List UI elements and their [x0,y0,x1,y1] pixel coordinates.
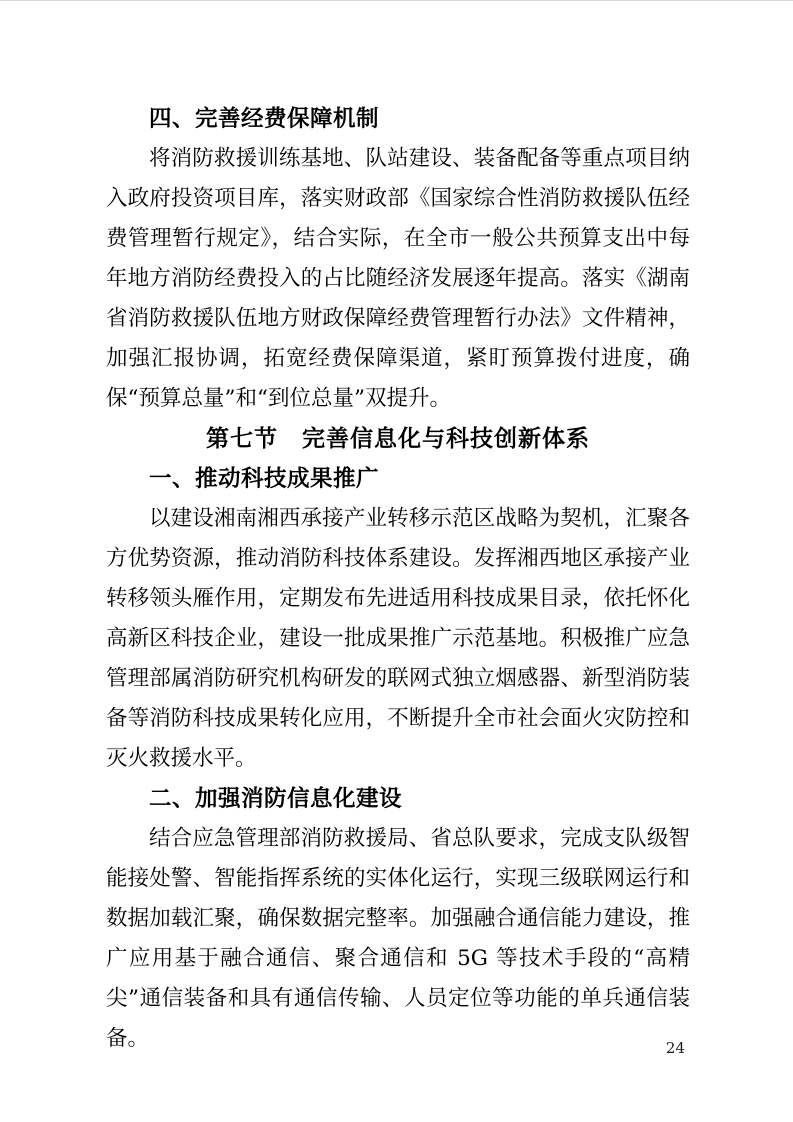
page-number: 24 [666,1039,685,1057]
paragraph-funding-guarantee: 将消防救援训练基地、队站建设、装备配备等重点项目纳入政府投资项目库，落实财政部《… [106,139,690,419]
paragraph-tech-achievement-promotion: 以建设湘南湘西承接产业转移示范区战略为契机，汇聚各方优势资源，推动消防科技体系建… [106,499,690,779]
heading-funding-guarantee: 四、完善经费保障机制 [106,99,690,139]
heading-tech-achievement-promotion: 一、推动科技成果推广 [106,459,690,499]
paragraph-fire-informatization: 结合应急管理部消防救援局、省总队要求，完成支队级智能接处警、智能指挥系统的实体化… [106,819,690,1059]
document-content: 四、完善经费保障机制 将消防救援训练基地、队站建设、装备配备等重点项目纳入政府投… [106,99,690,1059]
heading-fire-informatization: 二、加强消防信息化建设 [106,779,690,819]
section-7-title: 第七节 完善信息化与科技创新体系 [106,419,690,459]
document-page: 四、完善经费保障机制 将消防救援训练基地、队站建设、装备配备等重点项目纳入政府投… [0,0,793,1122]
